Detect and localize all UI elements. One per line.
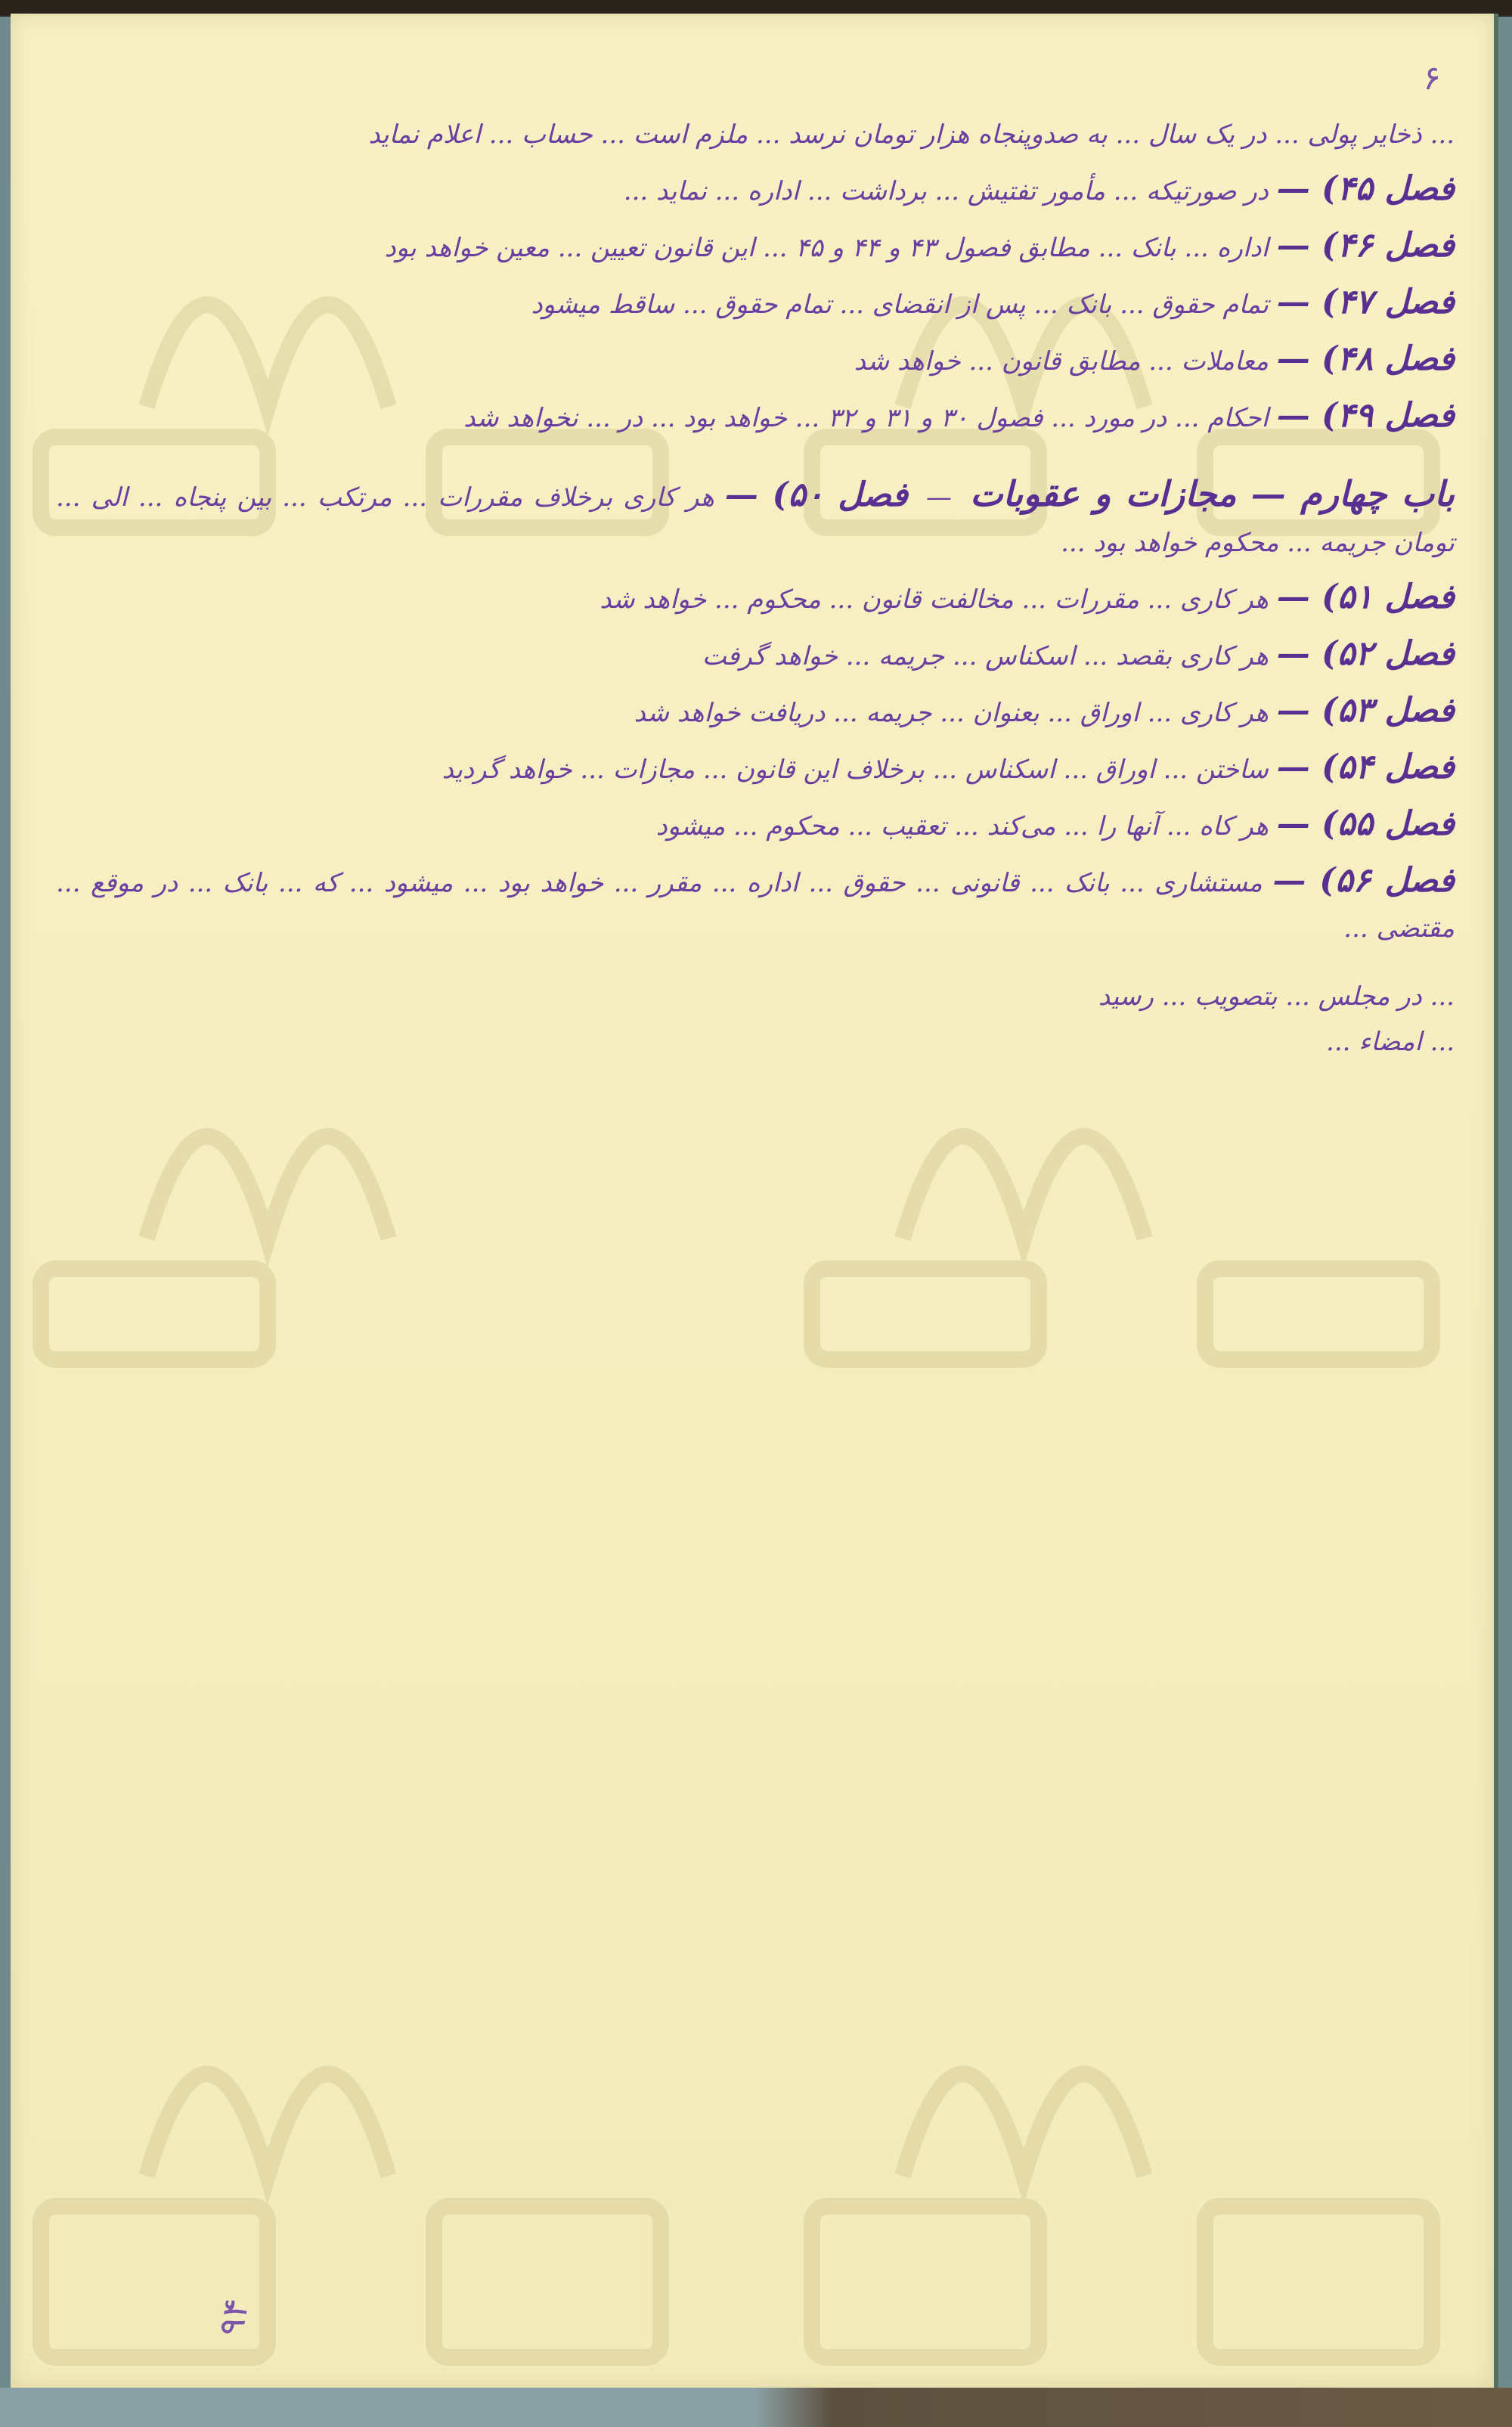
- section-54: فصل ۵۴) — ساختن ... اوراق ... اسکناس ...…: [56, 745, 1455, 792]
- section-text: معاملات ... مطابق قانون ... خواهد شد: [854, 346, 1269, 377]
- manuscript-page: ۶ ۹۴ ... ذخایر پولی ... در یک سال ... به…: [11, 14, 1498, 2388]
- chapter-heading: باب چهارم — مجازات و عقوبات: [970, 473, 1455, 514]
- section-heading: فصل ۴۷) —: [1277, 283, 1455, 321]
- section-heading: فصل ۵۱) —: [1277, 578, 1455, 616]
- section-51: فصل ۵۱) — هر کاری ... مقررات ... مخالفت …: [56, 575, 1455, 622]
- section-text: هر کاری ... مقررات ... مخالفت قانون ... …: [600, 584, 1269, 615]
- section-45: فصل ۴۵) — در صورتیکه ... مأمور تفتیش ...…: [56, 166, 1455, 214]
- section-52: فصل ۵۲) — هر کاری بقصد ... اسکناس ... جر…: [56, 631, 1455, 679]
- section-56: فصل ۵۶) — مستشاری ... بانک ... قانونی ..…: [56, 858, 1455, 951]
- section-heading: فصل ۵۲) —: [1277, 634, 1455, 673]
- section-heading: فصل ۵۵) —: [1277, 804, 1455, 843]
- section-text: ساختن ... اوراق ... اسکناس ... برخلاف ای…: [442, 755, 1269, 785]
- section-47: فصل ۴۷) — تمام حقوق ... بانک ... پس از ا…: [56, 280, 1455, 327]
- section-text: تمام حقوق ... بانک ... پس از انقضای ... …: [531, 290, 1269, 320]
- section-text: هر کاری ... اوراق ... بعنوان ... جریمه .…: [634, 698, 1269, 728]
- section-55: فصل ۵۵) — هر کاه ... آنها را ... می‌کند …: [56, 801, 1455, 849]
- section-49: فصل ۴۹) — احکام ... در مورد ... فصول ۳۰ …: [56, 393, 1455, 441]
- section-heading: فصل ۴۹) —: [1277, 396, 1455, 435]
- section-heading: فصل ۵۳) —: [1277, 691, 1455, 730]
- chapter-four: باب چهارم — مجازات و عقوبات — فصل ۵۰) — …: [56, 471, 1455, 566]
- section-text: در صورتیکه ... مأمور تفتیش ... برداشت ..…: [624, 176, 1269, 206]
- folio-number-bottom: ۹۴: [210, 2295, 257, 2339]
- closing-signature: ... امضاء ...: [56, 1019, 1455, 1065]
- opening-line: ... ذخایر پولی ... در یک سال ... به صدوپ…: [56, 112, 1455, 157]
- page-number-top: ۶: [1423, 59, 1441, 98]
- section-53: فصل ۵۳) — هر کاری ... اوراق ... بعنوان .…: [56, 688, 1455, 736]
- section-46: فصل ۴۶) — اداره ... بانک ... مطابق فصول …: [56, 223, 1455, 271]
- section-heading: فصل ۴۵) —: [1277, 169, 1455, 208]
- section-heading: فصل ۵۴) —: [1277, 748, 1455, 786]
- section-text: هر کاری بقصد ... اسکناس ... جریمه ... خو…: [702, 641, 1269, 671]
- section-heading: فصل ۵۶) —: [1272, 861, 1455, 900]
- section-text: هر کاه ... آنها را ... می‌کند ... تعقیب …: [656, 811, 1269, 842]
- section-text: اداره ... بانک ... مطابق فصول ۴۳ و ۴۴ و …: [385, 233, 1269, 263]
- section-heading: فصل ۵۰) —: [725, 476, 908, 514]
- scan-bottom-edge: [0, 2388, 1512, 2427]
- section-heading: فصل ۴۸) —: [1277, 339, 1455, 378]
- section-text: احکام ... در مورد ... فصول ۳۰ و ۳۱ و ۳۲ …: [463, 403, 1269, 433]
- section-heading: فصل ۴۶) —: [1277, 226, 1455, 265]
- section-text: مستشاری ... بانک ... قانونی ... حقوق ...…: [56, 868, 1455, 944]
- section-48: فصل ۴۸) — معاملات ... مطابق قانون ... خو…: [56, 336, 1455, 384]
- manuscript-text: ... ذخایر پولی ... در یک سال ... به صدوپ…: [56, 112, 1455, 1065]
- closing-line: ... در مجلس ... بتصویب ... رسید: [56, 974, 1455, 1019]
